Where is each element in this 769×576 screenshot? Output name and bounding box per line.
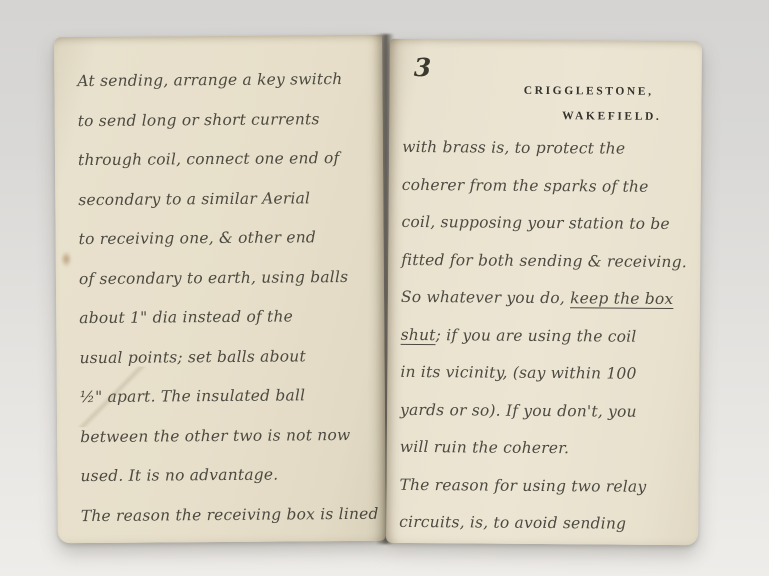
handwritten-line: coherer from the sparks of the (402, 166, 699, 206)
handwritten-line: secondary to a similar Aerial (78, 178, 379, 220)
handwritten-line: of secondary to earth, using balls (79, 257, 380, 299)
handwritten-line: The reason the receiving box is lined (81, 494, 382, 536)
letter-page-left: At sending, arrange a key switchto send … (54, 35, 386, 544)
handwritten-line: with brass is, to protect the (402, 129, 699, 169)
handwritten-line: circuits, is, to avoid sending (399, 504, 696, 544)
letter-photo: At sending, arrange a key switchto send … (0, 0, 769, 576)
handwritten-line: coil, supposing your station to be (401, 204, 698, 244)
underlined-phrase: keep the box (570, 289, 673, 308)
handwritten-line: through coil, connect one end of (78, 139, 379, 181)
handwritten-line: to receiving one, & other end (78, 218, 379, 260)
underlined-phrase: shut (401, 325, 436, 343)
handwritten-line: will ruin the coherer. (400, 429, 697, 469)
letterhead-town: CRIGGLESTONE, (389, 78, 701, 105)
handwritten-line: used. It is no advantage. (80, 455, 381, 497)
paper-stain (61, 251, 72, 267)
handwritten-text-right: with brass is, to protect thecoherer fro… (399, 129, 699, 544)
handwritten-line: The reason for using two relay (399, 466, 696, 506)
handwritten-line: in its vicinity, (say within 100 (400, 354, 697, 394)
handwritten-text-left: At sending, arrange a key switchto send … (77, 60, 382, 536)
handwritten-line: about 1" dia instead of the (79, 297, 380, 339)
handwritten-line: At sending, arrange a key switch (77, 60, 378, 102)
handwritten-line: yards or so). If you don't, you (400, 391, 697, 431)
handwritten-line: between the other two is not now (80, 415, 381, 457)
letterhead: CRIGGLESTONE, WAKEFIELD. (389, 78, 701, 130)
handwritten-line: fitted for both sending & receiving. (401, 241, 698, 281)
handwritten-line: So whatever you do, keep the box (401, 279, 698, 319)
handwritten-line: shut; if you are using the coil (401, 316, 698, 356)
handwritten-line: to send long or short currents (78, 99, 379, 141)
handwritten-line: usual points; set balls about (79, 336, 380, 378)
handwritten-line: ½" apart. The insulated ball (80, 376, 381, 418)
letter-page-right: 3 CRIGGLESTONE, WAKEFIELD. with brass is… (386, 39, 702, 545)
letterhead-city: WAKEFIELD. (389, 103, 701, 130)
